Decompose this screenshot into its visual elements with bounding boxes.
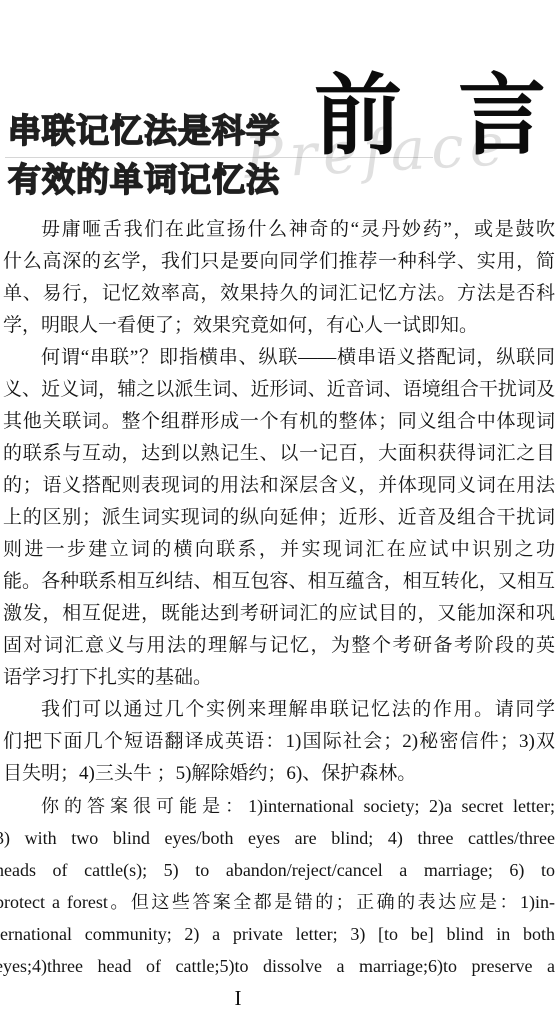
header-subtitle: 串联记忆法是科学 有效的单词记忆法 bbox=[8, 106, 280, 204]
text-line: ternational community; 2) a private lett… bbox=[0, 918, 555, 950]
paragraph-1: 毋庸咂舌我们在此宣扬什么神奇的“灵丹妙药”，或是鼓吹 什么高深的玄学，我们只是要… bbox=[3, 214, 555, 342]
text-line: 激发，相互促进，既能达到考研词汇的应试目的，又能加深和巩 bbox=[3, 598, 555, 630]
text-line: 单、易行，记忆效率高，效果持久的词汇记忆方法。方法是否科 bbox=[3, 278, 555, 310]
subtitle-line-2: 有效的单词记忆法 bbox=[8, 155, 280, 204]
text-line: 我们可以通过几个实例来理解串联记忆法的作用。请同学 bbox=[3, 694, 555, 726]
text-line: 的；语义搭配则表现词的用法和深层含义，并体现同义词在用法 bbox=[3, 470, 555, 502]
text-line: 什么高深的玄学，我们只是要向同学们推荐一种科学、实用，简 bbox=[3, 246, 555, 278]
text-line: 上的区别；派生词实现词的纵向延伸；近形、近音及组合干扰词 bbox=[3, 502, 555, 534]
text-line: 能。各种联系相互纠结、相互包容、相互蕴含，相互转化，又相互 bbox=[3, 566, 555, 598]
scanned-preface-page: Preface 前 言 串联记忆法是科学 有效的单词记忆法 毋庸咂舌我们在此宣扬… bbox=[0, 0, 558, 1032]
body-text: 毋庸咂舌我们在此宣扬什么神奇的“灵丹妙药”，或是鼓吹 什么高深的玄学，我们只是要… bbox=[3, 214, 555, 982]
paragraph-4: 你的答案很可能是：1)international society; 2)a se… bbox=[3, 790, 555, 982]
text-line: 其他关联词。整个组群形成一个有机的整体；同义组合中体现词 bbox=[3, 406, 555, 438]
text-line: 目失明；4)三头牛 ；5)解除婚约；6)、保护森林。 bbox=[3, 758, 555, 790]
text-line: eyes;4)three head of cattle;5)to dissolv… bbox=[0, 950, 555, 982]
subtitle-line-1: 串联记忆法是科学 bbox=[8, 106, 280, 155]
text-line: protect a forest。但这些答案全都是错的；正确的表达应是：1)in… bbox=[0, 886, 555, 918]
text-line: 学，明眼人一看便了；效果究竟如何，有心人一试即知。 bbox=[3, 310, 555, 342]
text-line: heads of cattle(s); 5) to abandon/reject… bbox=[0, 854, 555, 886]
paragraph-2: 何谓“串联”？即指横串、纵联——横串语义搭配词，纵联同 义、近义词，辅之以派生词… bbox=[3, 342, 555, 694]
text-line: 固对词汇意义与用法的理解与记忆，为整个考研备考阶段的英 bbox=[3, 630, 555, 662]
text-line: 你的答案很可能是：1)international society; 2)a se… bbox=[3, 790, 555, 822]
page-title: 前 言 bbox=[314, 72, 546, 164]
text-line: 义、近义词，辅之以派生词、近形词、近音词、语境组合干扰词及 bbox=[3, 374, 555, 406]
text-line: 何谓“串联”？即指横串、纵联——横串语义搭配词，纵联同 bbox=[3, 342, 555, 374]
text-line: 语学习打下扎实的基础。 bbox=[3, 662, 555, 694]
page-number: I bbox=[222, 986, 254, 1011]
paragraph-3: 我们可以通过几个实例来理解串联记忆法的作用。请同学 们把下面几个短语翻译成英语：… bbox=[3, 694, 555, 790]
text-line: 则进一步建立词的横向联系，并实现词汇在应试中识别之功 bbox=[3, 534, 555, 566]
text-line: 的联系与互动，达到以熟记生、以一记百，大面积获得词汇之目 bbox=[3, 438, 555, 470]
text-line: 毋庸咂舌我们在此宣扬什么神奇的“灵丹妙药”，或是鼓吹 bbox=[3, 214, 555, 246]
text-line: 3) with two blind eyes/both eyes are bli… bbox=[0, 822, 555, 854]
text-line: 们把下面几个短语翻译成英语：1)国际社会；2)秘密信件；3)双 bbox=[3, 726, 555, 758]
